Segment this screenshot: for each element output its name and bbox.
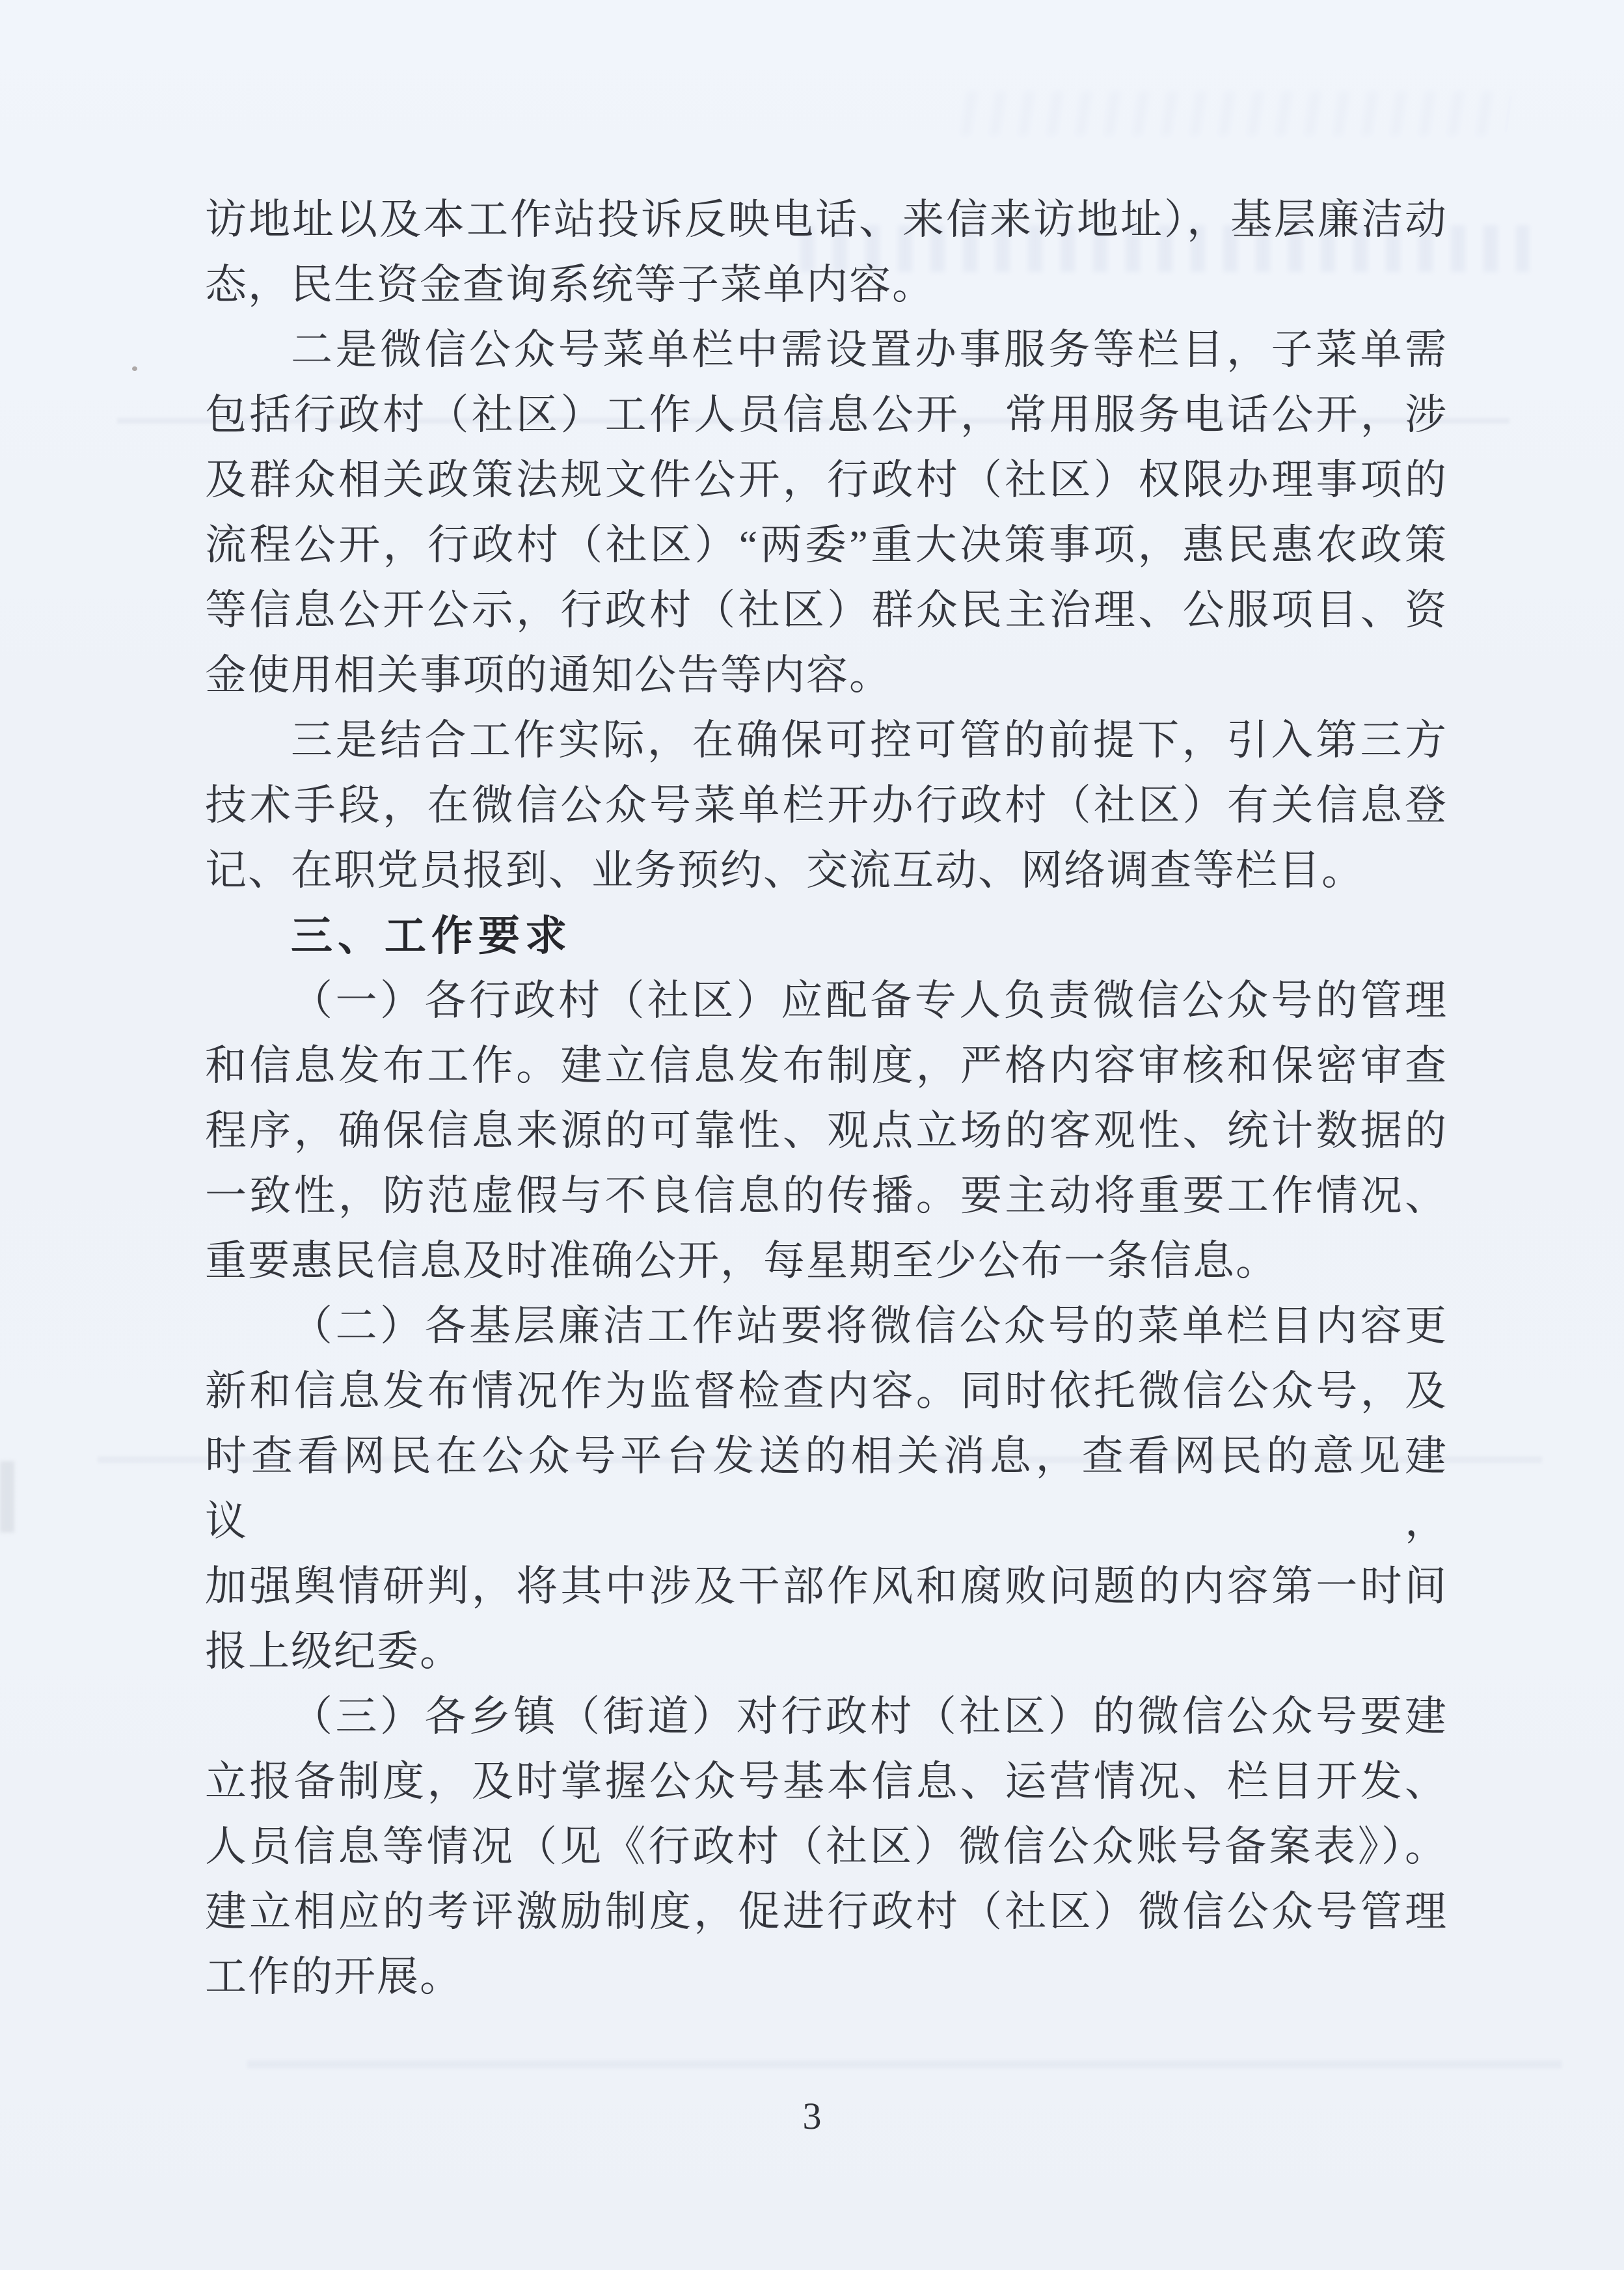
text-line: （三）各乡镇（街道）对行政村（社区）的微信公众号要建 (205, 1684, 1448, 1749)
text-line: 等信息公开公示，行政村（社区）群众民主治理、公服项目、资 (205, 578, 1448, 643)
text-line: 新和信息发布情况作为监督检查内容。同时依托微信公众号，及 (205, 1359, 1448, 1424)
text-line: 流程公开，行政村（社区）“两委”重大决策事项，惠民惠农政策 (205, 513, 1448, 578)
text-line: 技术手段，在微信公众号菜单栏开办行政村（社区）有关信息登 (205, 773, 1448, 838)
text-line: 加强舆情研判，将其中涉及干部作风和腐败问题的内容第一时间 (205, 1554, 1448, 1619)
text-line: （二）各基层廉洁工作站要将微信公众号的菜单栏目内容更 (205, 1294, 1448, 1359)
text-column: 访地址以及本工作站投诉反映电话、来信来访地址），基层廉洁动 态，民生资金查询系统… (205, 187, 1448, 2010)
text-line: 人员信息等情况（见《行政村（社区）微信公众账号备案表》）。 (205, 1814, 1448, 1880)
text-line: 态，民生资金查询系统等子菜单内容。 (205, 253, 1448, 318)
text-line: （一）各行政村（社区）应配备专人负责微信公众号的管理 (205, 968, 1448, 1033)
text-line: 记、在职党员报到、业务预约、交流互动、网络调查等栏目。 (205, 838, 1448, 903)
paper-speck (132, 366, 137, 371)
text-line: 访地址以及本工作站投诉反映电话、来信来访地址），基层廉洁动 (205, 187, 1448, 253)
text-line: 程序，确保信息来源的可靠性、观点立场的客观性、统计数据的 (205, 1099, 1448, 1164)
text-line: 报上级纪委。 (205, 1619, 1448, 1684)
text-line: 和信息发布工作。建立信息发布制度，严格内容审核和保密审查 (205, 1033, 1448, 1099)
text-line: 及群众相关政策法规文件公开，行政村（社区）权限办理事项的 (205, 448, 1448, 513)
scan-streak (247, 2060, 1562, 2068)
text-line: 工作的开展。 (205, 1945, 1448, 2010)
text-line: 二是微信公众号菜单栏中需设置办事服务等栏目，子菜单需 (205, 318, 1448, 383)
text-line: 金使用相关事项的通知公告等内容。 (205, 643, 1448, 708)
text-line: 三是结合工作实际，在确保可控可管的前提下，引入第三方 (205, 708, 1448, 773)
text-line: 立报备制度，及时掌握公众号基本信息、运营情况、栏目开发、 (205, 1749, 1448, 1814)
bleedthrough-smear (960, 91, 1513, 137)
text-line: 建立相应的考评激励制度，促进行政村（社区）微信公众号管理 (205, 1880, 1448, 1945)
text-line: 时查看网民在公众号平台发送的相关消息，查看网民的意见建议， (205, 1424, 1448, 1554)
page-number: 3 (0, 2094, 1624, 2138)
text-line: 包括行政村（社区）工作人员信息公开，常用服务电话公开，涉 (205, 383, 1448, 448)
edge-smudge (0, 1461, 14, 1533)
scanned-document-page: 访地址以及本工作站投诉反映电话、来信来访地址），基层廉洁动 态，民生资金查询系统… (0, 0, 1624, 2270)
text-line: 一致性，防范虚假与不良信息的传播。要主动将重要工作情况、 (205, 1164, 1448, 1229)
text-line: 重要惠民信息及时准确公开，每星期至少公布一条信息。 (205, 1229, 1448, 1294)
section-heading: 三、工作要求 (205, 903, 1448, 968)
